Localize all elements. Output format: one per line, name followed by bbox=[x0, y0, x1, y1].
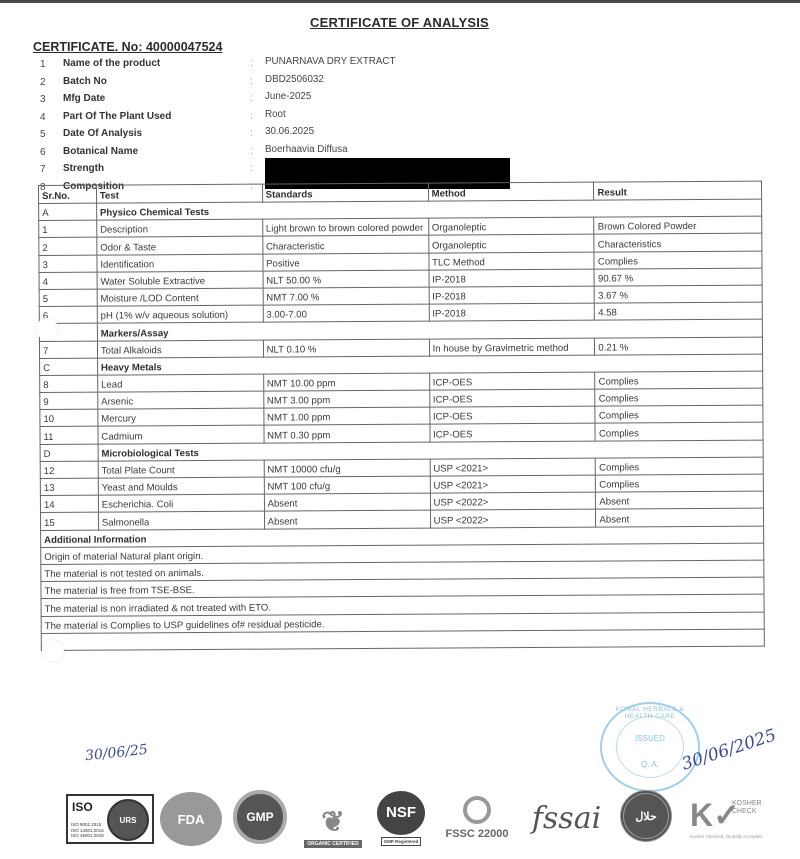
signature-left: 30/06/25 bbox=[84, 742, 148, 764]
iso-text: ISO bbox=[72, 800, 93, 814]
cell-result: Complies bbox=[595, 423, 763, 441]
cell-sr-no: 10 bbox=[40, 409, 98, 427]
info-colon: : bbox=[250, 128, 253, 139]
organic-certified-logo: ❦ ORGANIC CERTIFIED bbox=[302, 788, 364, 848]
info-label: Date Of Analysis bbox=[63, 128, 142, 139]
header-sr-no: Sr.No. bbox=[39, 185, 97, 203]
blank-row bbox=[41, 629, 764, 651]
header-standards: Standards bbox=[262, 183, 428, 202]
cell-method: ICP-OES bbox=[429, 406, 595, 424]
cell-sr-no: 9 bbox=[40, 392, 98, 410]
qa-stamp: KOMAL HERBALS & HEALTH CARE ISSUED Q. A. bbox=[600, 702, 700, 792]
iso-standard-line: ISO 9001:2015 bbox=[71, 822, 104, 828]
cell-test: Salmonella bbox=[98, 511, 264, 529]
stamp-arc-text: KOMAL HERBALS & HEALTH CARE bbox=[602, 706, 698, 720]
cell-method: In house by Gravimetric method bbox=[429, 338, 595, 356]
cell-method: USP <2021> bbox=[430, 475, 596, 493]
cell-result: Characteristics bbox=[594, 233, 762, 251]
cell-result: Absent bbox=[596, 491, 764, 509]
section-code: C bbox=[40, 358, 98, 376]
certificate-number: CERTIFICATE. No: 40000047524 bbox=[33, 40, 222, 54]
cell-sr-no: 13 bbox=[40, 478, 98, 496]
info-number: 6 bbox=[40, 147, 46, 158]
cell-method: IP-2018 bbox=[429, 286, 595, 304]
cell-sr-no: 11 bbox=[40, 427, 98, 445]
cell-method: USP <2022> bbox=[430, 492, 596, 510]
fssc-ring-icon bbox=[463, 796, 491, 824]
cell-sr-no: 3 bbox=[39, 255, 97, 273]
cell-method: ICP-OES bbox=[430, 424, 596, 442]
cell-standard: NMT 7.00 % bbox=[263, 287, 429, 305]
urs-seal-icon: URS bbox=[107, 799, 149, 841]
cell-result: Complies bbox=[595, 405, 763, 423]
cell-test: Odor & Taste bbox=[97, 237, 263, 255]
info-number: 7 bbox=[40, 164, 46, 175]
info-value: DBD2506032 bbox=[265, 74, 324, 85]
fssai-logo: fssai bbox=[524, 788, 609, 848]
info-row: 2Batch No:DBD2506032 bbox=[36, 74, 536, 92]
cell-test: Description bbox=[97, 219, 263, 237]
punch-hole bbox=[42, 640, 64, 662]
cell-sr-no: 15 bbox=[41, 513, 99, 531]
organic-label: ORGANIC CERTIFIED bbox=[304, 840, 361, 848]
info-value: PUNARNAVA DRY EXTRACT bbox=[265, 56, 395, 67]
cell-sr-no: 7 bbox=[39, 341, 97, 359]
cell-test: Total Alkaloids bbox=[97, 340, 263, 358]
info-colon: : bbox=[250, 93, 253, 104]
cell-result: 0.21 % bbox=[595, 337, 763, 355]
fssc-logo: FSSC 22000 bbox=[432, 788, 522, 848]
cell-test: Identification bbox=[97, 254, 263, 272]
info-colon: : bbox=[250, 58, 253, 69]
cell-standard: NMT 10.00 ppm bbox=[263, 373, 429, 391]
info-label: Part Of The Plant Used bbox=[63, 111, 171, 122]
cell-test: Lead bbox=[97, 374, 263, 392]
cell-test: Arsenic bbox=[98, 391, 264, 409]
cell-method: IP-2018 bbox=[429, 303, 595, 321]
info-value: Root bbox=[265, 109, 286, 120]
cell-method: IP-2018 bbox=[429, 269, 595, 287]
cell-result: Complies bbox=[595, 388, 763, 406]
section-code: A bbox=[39, 203, 97, 221]
info-number: 1 bbox=[40, 59, 46, 70]
header-test: Test bbox=[96, 184, 262, 203]
kosher-tagline: Kosher Checked. Globally Accepted. bbox=[690, 834, 763, 839]
info-value: June-2025 bbox=[265, 91, 311, 102]
info-label: Batch No bbox=[63, 76, 107, 87]
punch-hole bbox=[36, 318, 58, 340]
info-row: 3Mfg Date:June-2025 bbox=[36, 91, 536, 109]
cell-standard: NMT 100 cfu/g bbox=[264, 476, 430, 494]
fda-logo: FDA bbox=[160, 792, 222, 846]
cell-method: ICP-OES bbox=[429, 389, 595, 407]
info-colon: : bbox=[250, 146, 253, 157]
cell-result: Complies bbox=[595, 371, 763, 389]
info-number: 4 bbox=[40, 112, 46, 123]
cell-result: 3.67 % bbox=[595, 285, 763, 303]
cell-test: Total Plate Count bbox=[98, 460, 264, 478]
cell-standard: NMT 10000 cfu/g bbox=[264, 459, 430, 477]
cell-standard: Absent bbox=[264, 493, 430, 511]
info-row: 5Date Of Analysis:30.06.2025 bbox=[36, 126, 536, 144]
fssc-label: FSSC 22000 bbox=[446, 828, 509, 840]
cell-standard: NLT 50.00 % bbox=[263, 270, 429, 288]
iso-logo: ISO ISO 9001:2015ISO 14001:2015ISO 45001… bbox=[66, 794, 154, 844]
header-result: Result bbox=[594, 181, 762, 200]
certification-logos: ISO ISO 9001:2015ISO 14001:2015ISO 45001… bbox=[0, 780, 800, 855]
cell-standard: NMT 1.00 ppm bbox=[263, 407, 429, 425]
info-number: 5 bbox=[40, 129, 46, 140]
cell-test: Yeast and Moulds bbox=[98, 477, 264, 495]
cell-sr-no: 1 bbox=[39, 220, 97, 238]
top-border bbox=[0, 0, 800, 3]
info-value: 30.06.2025 bbox=[265, 126, 314, 137]
cell-standard: NLT 0.10 % bbox=[263, 339, 429, 357]
cell-sr-no: 12 bbox=[40, 461, 98, 479]
cell-test: Escherichia. Coli bbox=[98, 494, 264, 512]
cell-method: Organoleptic bbox=[428, 217, 594, 235]
cell-test: Water Soluble Extractive bbox=[97, 271, 263, 289]
info-label: Botanical Name bbox=[63, 146, 138, 157]
info-value: Boerhaavia Diffusa bbox=[265, 144, 348, 155]
info-number: 3 bbox=[40, 94, 46, 105]
cell-standard: Absent bbox=[264, 510, 430, 528]
info-row: 1Name of the product:PUNARNAVA DRY EXTRA… bbox=[36, 56, 536, 74]
section-code: D bbox=[40, 444, 98, 462]
info-colon: : bbox=[250, 163, 253, 174]
cell-sr-no: 8 bbox=[40, 375, 98, 393]
cell-sr-no: 14 bbox=[40, 495, 98, 513]
cell-test: Moisture /LOD Content bbox=[97, 288, 263, 306]
leaf-icon: ❦ bbox=[321, 805, 344, 838]
cell-result: 90.67 % bbox=[594, 268, 762, 286]
cell-result: Brown Colored Powder bbox=[594, 216, 762, 234]
nsf-logo: NSF GMP Registered bbox=[375, 788, 427, 848]
document-title: CERTIFICATE OF ANALYSIS bbox=[310, 15, 489, 30]
stamp-issued: ISSUED bbox=[602, 734, 698, 743]
cell-sr-no: 4 bbox=[39, 272, 97, 290]
gmp-logo: GMP bbox=[233, 790, 287, 844]
analysis-table: Sr.No. Test Standards Method Result APhy… bbox=[38, 181, 765, 651]
cell-result: Complies bbox=[596, 474, 764, 492]
cell-standard: NMT 0.30 ppm bbox=[264, 425, 430, 443]
cell-result: Complies bbox=[594, 251, 762, 269]
cell-method: ICP-OES bbox=[429, 372, 595, 390]
cell-method: TLC Method bbox=[428, 252, 594, 270]
info-label: Strength bbox=[63, 163, 104, 174]
cell-standard: NMT 3.00 ppm bbox=[263, 390, 429, 408]
cell-standard: Light brown to brown colored powder bbox=[262, 218, 428, 236]
cell-test: pH (1% w/v aqueous solution) bbox=[97, 305, 263, 323]
info-number: 2 bbox=[40, 77, 46, 88]
iso-standard-line: ISO 45001:2018 bbox=[71, 833, 104, 839]
kosher-check-logo: K✓ KOSHERCHECK Kosher Checked. Globally … bbox=[690, 788, 795, 848]
cell-method: Organoleptic bbox=[428, 234, 594, 252]
cell-sr-no: 2 bbox=[39, 238, 97, 256]
header-method: Method bbox=[428, 182, 594, 201]
halal-logo: حلال bbox=[620, 790, 672, 842]
info-colon: : bbox=[250, 111, 253, 122]
cell-standard: 3.00-7.00 bbox=[263, 304, 429, 322]
cell-method: USP <2022> bbox=[430, 509, 596, 527]
cell-test: Cadmium bbox=[98, 426, 264, 444]
iso-standards: ISO 9001:2015ISO 14001:2015ISO 45001:201… bbox=[71, 822, 104, 839]
blank-cell bbox=[41, 629, 764, 651]
cell-result: Complies bbox=[596, 457, 764, 475]
cell-method: USP <2021> bbox=[430, 458, 596, 476]
nsf-text: NSF bbox=[377, 791, 425, 835]
cell-standard: Characteristic bbox=[262, 235, 428, 253]
cell-standard: Positive bbox=[263, 253, 429, 271]
info-colon: : bbox=[250, 76, 253, 87]
info-label: Mfg Date bbox=[63, 93, 105, 104]
info-label: Name of the product bbox=[63, 58, 160, 69]
cell-sr-no: 5 bbox=[39, 289, 97, 307]
nsf-tag: GMP Registered bbox=[381, 837, 422, 846]
cell-test: Mercury bbox=[98, 408, 264, 426]
kosher-name: KOSHERCHECK bbox=[732, 800, 762, 816]
info-row: 4Part Of The Plant Used:Root bbox=[36, 109, 536, 127]
cell-result: 4.58 bbox=[595, 302, 763, 320]
cell-result: Absent bbox=[596, 508, 764, 526]
